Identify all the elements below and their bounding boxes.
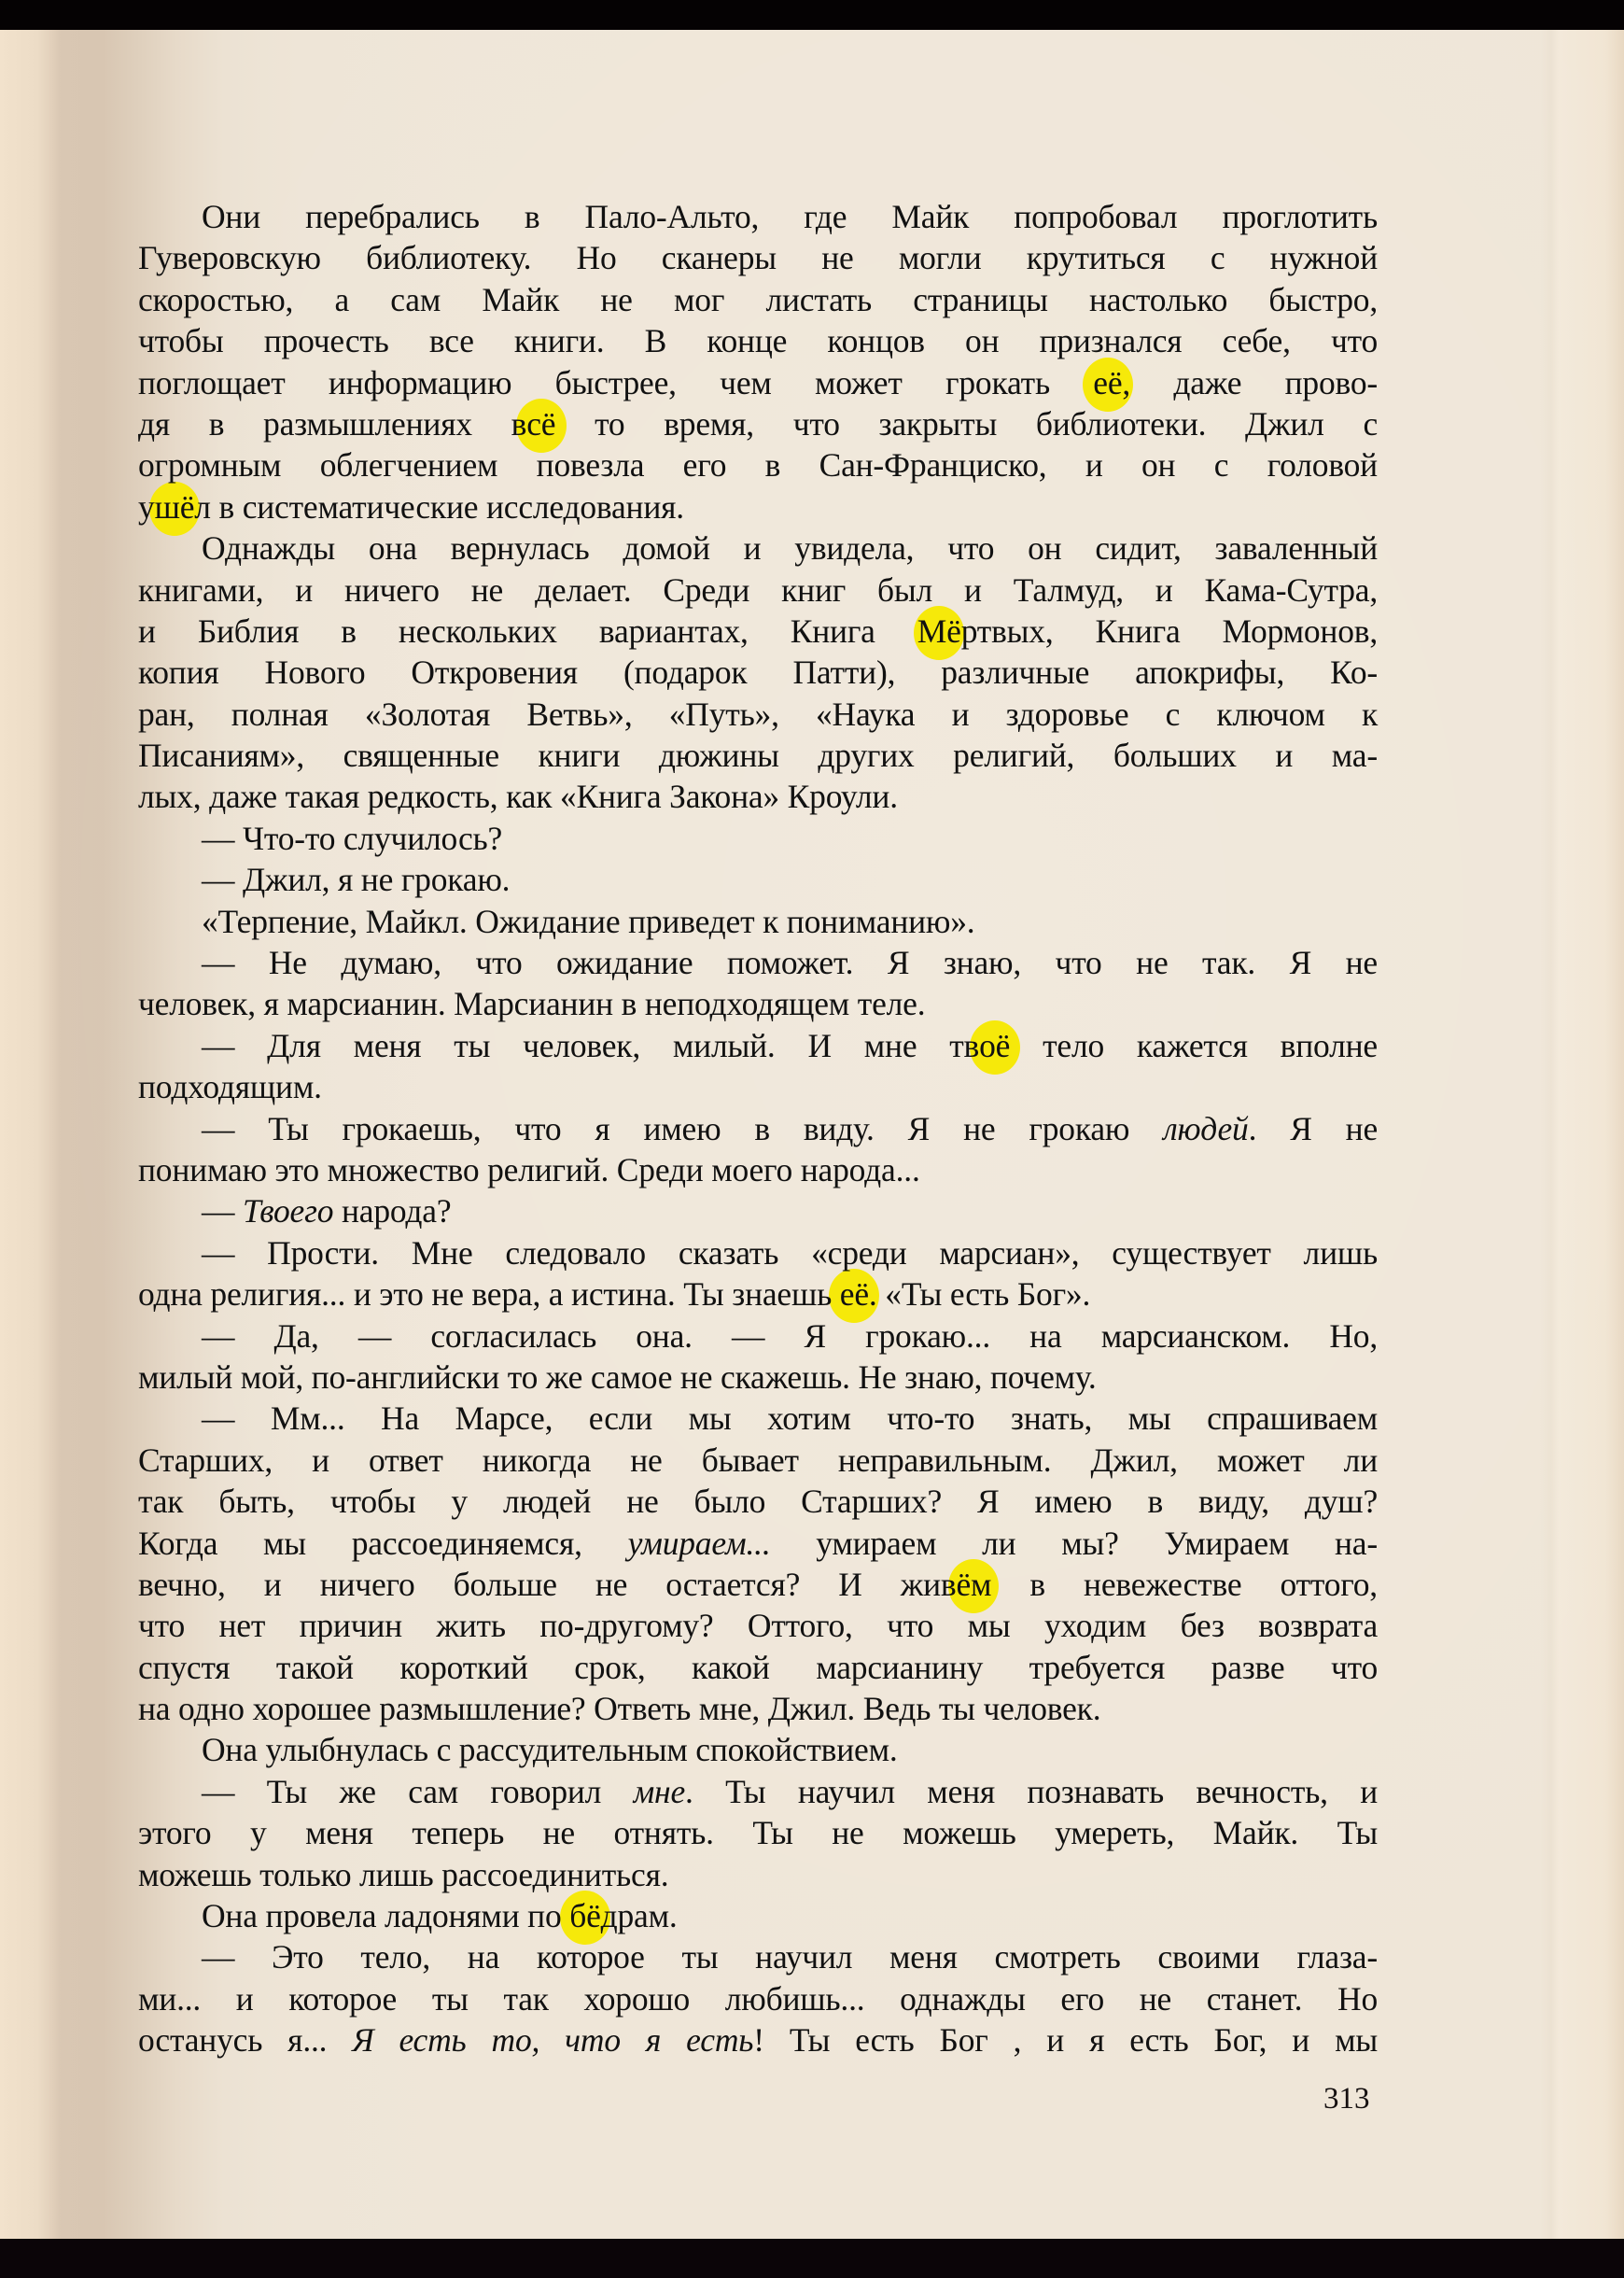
text-segment: Они перебрались в Пало-Альто, где Майк п… [202, 198, 1378, 235]
text-line: дя в размышлениях всё то время, что закр… [138, 403, 1378, 444]
text-segment: — Прости. Мне следовало сказать «среди м… [202, 1234, 1378, 1272]
text-line: подходящим. [138, 1066, 1378, 1107]
text-line: можешь только лишь рассоединиться. [138, 1854, 1378, 1895]
text-line: милый мой, по-английски то же самое не с… [138, 1357, 1378, 1398]
text-segment: у [138, 488, 155, 526]
text-line: — Не думаю, что ожидание поможет. Я знаю… [138, 942, 1378, 983]
italic-emphasis: мне [634, 1773, 685, 1810]
highlighted-yo-letter: бё [569, 1895, 600, 1936]
italic-emphasis: Я есть то, что я есть [352, 2021, 753, 2059]
text-segment: останусь я... [138, 2021, 352, 2059]
text-line: — Твоего народа? [138, 1190, 1378, 1231]
body-text: Они перебрались в Пало-Альто, где Майк п… [138, 196, 1378, 2061]
text-line: ран, полная «Золотая Ветвь», «Путь», «На… [138, 694, 1378, 735]
highlighted-yo-letter: оё [979, 1025, 1010, 1066]
text-segment: в невежестве оттого, [991, 1566, 1378, 1603]
text-segment: поглощает информацию быстрее, чем может … [138, 364, 1093, 401]
text-line: человек, я марсианин. Марсианин в неподх… [138, 983, 1378, 1024]
text-line: одна религия... и это не вера, а истина.… [138, 1273, 1378, 1315]
text-segment: — [202, 1192, 243, 1230]
scan-top-edge [0, 0, 1624, 32]
text-line: — Джил, я не грокаю. [138, 859, 1378, 900]
text-segment: ран, полная «Золотая Ветвь», «Путь», «На… [138, 696, 1378, 733]
text-line: скоростью, а сам Майк не мог листать стр… [138, 279, 1378, 320]
text-segment: спустя такой короткий срок, какой марсиа… [138, 1649, 1378, 1686]
text-line: этого у меня теперь не отнять. Ты не мож… [138, 1812, 1378, 1853]
text-line: Когда мы рассоединяемся, умираем... умир… [138, 1523, 1378, 1564]
text-segment: — Мм... На Марсе, если мы хотим что-то з… [202, 1399, 1378, 1437]
text-line: копия Нового Откровения (подарок Патти),… [138, 652, 1378, 693]
text-segment: так быть, чтобы у людей не было Старших?… [138, 1483, 1378, 1520]
text-segment: копия Нового Откровения (подарок Патти),… [138, 654, 1378, 691]
text-line: что нет причин жить по-другому? Оттого, … [138, 1605, 1378, 1646]
italic-emphasis: умираем... [628, 1525, 771, 1562]
text-segment: этого у меня теперь не отнять. Ты не мож… [138, 1814, 1378, 1851]
text-segment: и Библия в нескольких вариантах, Книга [138, 612, 917, 650]
text-line: ушёл в систематические исследования. [138, 486, 1378, 527]
text-line: Однажды она вернулась домой и увидела, ч… [138, 527, 1378, 569]
text-segment: Старших, и ответ никогда не бывает непра… [138, 1441, 1378, 1479]
text-segment: — Ты грокаешь, что я имею в виду. Я не г… [202, 1110, 1163, 1147]
text-segment: — Для меня ты человек, милый. И мне тв [202, 1027, 979, 1064]
text-segment: — Что-то случилось? [202, 820, 502, 857]
text-line: ми... и которое ты так хорошо любишь... … [138, 1978, 1378, 2019]
text-line: — Ты грокаешь, что я имею в виду. Я не г… [138, 1108, 1378, 1149]
highlighted-yo-letter: сё [526, 403, 555, 444]
text-line: — Что-то случилось? [138, 818, 1378, 859]
text-segment: чтобы прочесть все книги. В конце концов… [138, 322, 1378, 359]
text-segment: Она улыбнулась с рассудительным спокойст… [202, 1731, 898, 1768]
text-segment: драм. [601, 1897, 678, 1934]
text-segment: умираем ли мы? Умираем на- [771, 1525, 1379, 1562]
text-segment: огромным облегчением повезла его в Сан-Ф… [138, 446, 1378, 484]
highlighted-yo-letter: шё [155, 486, 195, 527]
text-segment: . Я не [1249, 1110, 1378, 1147]
text-segment: тело кажется вполне [1010, 1027, 1378, 1064]
text-segment: лых, даже такая редкость, как «Книга Зак… [138, 778, 898, 815]
text-segment: — Ты же сам говорил [202, 1773, 634, 1810]
text-segment: подходящим. [138, 1068, 322, 1105]
text-segment: можешь только лишь рассоединиться. [138, 1856, 668, 1893]
text-line: — Да, — согласилась она. — Я грокаю... н… [138, 1315, 1378, 1357]
text-line: вечно, и ничего больше не остается? И жи… [138, 1564, 1378, 1605]
text-segment: ртвых, Книга Мормонов, [961, 612, 1378, 650]
text-segment: что нет причин жить по-другому? Оттого, … [138, 1607, 1378, 1644]
text-line: лых, даже такая редкость, как «Книга Зак… [138, 776, 1378, 817]
text-segment: , даже прово- [1122, 364, 1378, 401]
text-line: останусь я... Я есть то, что я есть! Ты … [138, 2019, 1378, 2060]
text-line: — Прости. Мне следовало сказать «среди м… [138, 1232, 1378, 1273]
highlighted-yo-letter: её [1093, 362, 1122, 403]
text-line: поглощает информацию быстрее, чем может … [138, 362, 1378, 403]
text-segment: Гуверовскую библиотеку. Но сканеры не мо… [138, 239, 1378, 276]
text-line: Она улыбнулась с рассудительным спокойст… [138, 1729, 1378, 1770]
highlighted-yo-letter: ём [956, 1564, 991, 1605]
text-line: Она провела ладонями по бёдрам. [138, 1895, 1378, 1936]
text-line: книгами, и ничего не делает. Среди книг … [138, 569, 1378, 611]
text-segment: — Джил, я не грокаю. [202, 861, 510, 898]
text-segment: Когда мы рассоединяемся, [138, 1525, 628, 1562]
scan-bottom-edge [0, 2239, 1624, 2278]
text-segment: то время, что закрыты библиотеки. Джил с [555, 405, 1378, 443]
text-segment: — Да, — согласилась она. — Я грокаю... н… [202, 1317, 1378, 1355]
text-line: Гуверовскую библиотеку. Но сканеры не мо… [138, 237, 1378, 278]
text-line: — Ты же сам говорил мне. Ты научил меня … [138, 1771, 1378, 1812]
text-segment: «Терпение, Майкл. Ожидание приведет к по… [202, 903, 974, 940]
text-line: огромным облегчением повезла его в Сан-Ф… [138, 444, 1378, 485]
text-line: Писаниям», священные книги дюжины других… [138, 735, 1378, 776]
text-segment: на одно хорошее размышление? Ответь мне,… [138, 1690, 1100, 1727]
text-segment: . Ты научил меня познавать вечность, и [685, 1773, 1378, 1810]
text-segment: Писаниям», священные книги дюжины других… [138, 737, 1378, 774]
text-line: Старших, и ответ никогда не бывает непра… [138, 1440, 1378, 1481]
text-segment: дя в размышлениях в [138, 405, 526, 443]
text-segment: . «Ты есть Бог». [869, 1275, 1090, 1313]
text-line: чтобы прочесть все книги. В конце концов… [138, 320, 1378, 361]
text-segment: скоростью, а сам Майк не мог листать стр… [138, 281, 1378, 318]
text-segment: ми... и которое ты так хорошо любишь... … [138, 1980, 1378, 2018]
text-segment: одна религия... и это не вера, а истина.… [138, 1275, 840, 1313]
text-segment: народа? [333, 1192, 451, 1230]
text-segment: вечно, и ничего больше не остается? И жи… [138, 1566, 956, 1603]
text-line: — Это тело, на которое ты научил меня см… [138, 1936, 1378, 1977]
page-number: 313 [1323, 2082, 1370, 2116]
text-line: понимаю это множество религий. Среди мое… [138, 1149, 1378, 1190]
text-line: «Терпение, Майкл. Ожидание приведет к по… [138, 901, 1378, 942]
book-page: Они перебрались в Пало-Альто, где Майк п… [0, 30, 1624, 2241]
text-segment: милый мой, по-английски то же самое не с… [138, 1358, 1097, 1396]
text-segment: ! Ты есть Бог , и я есть Бог, и мы [753, 2021, 1378, 2059]
text-line: Они перебрались в Пало-Альто, где Майк п… [138, 196, 1378, 237]
text-line: так быть, чтобы у людей не было Старших?… [138, 1481, 1378, 1522]
text-segment: человек, я марсианин. Марсианин в неподх… [138, 985, 925, 1022]
text-segment: понимаю это множество религий. Среди мое… [138, 1151, 920, 1188]
highlighted-yo-letter: Мё [917, 611, 961, 652]
text-line: — Для меня ты человек, милый. И мне твоё… [138, 1025, 1378, 1066]
text-line: и Библия в нескольких вариантах, Книга М… [138, 611, 1378, 652]
italic-emphasis: Твоего [243, 1192, 333, 1230]
italic-emphasis: людей [1163, 1110, 1248, 1147]
text-segment: л в систематические исследования. [194, 488, 684, 526]
highlighted-yo-letter: её [840, 1273, 869, 1315]
text-segment: Она провела ладонями по [202, 1897, 569, 1934]
text-line: на одно хорошее размышление? Ответь мне,… [138, 1688, 1378, 1729]
text-line: — Мм... На Марсе, если мы хотим что-то з… [138, 1398, 1378, 1439]
text-segment: книгами, и ничего не делает. Среди книг … [138, 571, 1378, 609]
text-line: спустя такой короткий срок, какой марсиа… [138, 1647, 1378, 1688]
text-segment: Однажды она вернулась домой и увидела, ч… [202, 529, 1378, 567]
text-segment: — Не думаю, что ожидание поможет. Я знаю… [202, 944, 1378, 981]
text-segment: — Это тело, на которое ты научил меня см… [202, 1938, 1378, 1976]
